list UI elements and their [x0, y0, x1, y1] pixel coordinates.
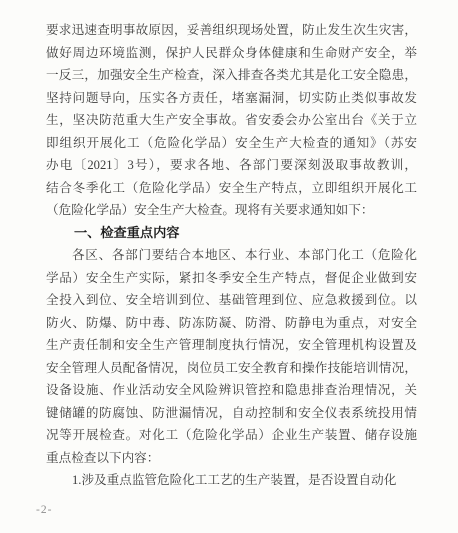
text-line: 全投入到位、安全培训到位、基础管理到位、应急救援到位。以	[46, 289, 417, 312]
text-line: 要求迅速查明事故原因，妥善组织现场处置，防止发生次生灾害，	[46, 19, 417, 42]
text-line: 1.涉及重点监管危险化工工艺的生产装置，是否设置自动化	[46, 469, 417, 492]
text-line: 坚持问题导向，压实各方责任，堵塞漏洞，切实防止类似事故发	[46, 87, 417, 110]
text-line: 设备设施、作业活动安全风险辨识管控和隐患排查治理情况，关	[46, 379, 417, 402]
text-line: 生产责任制和安全生产管理制度执行情况，安全管理机构设置及	[46, 334, 417, 357]
text-line: 学品）安全生产实际，紧扣冬季安全生产特点，督促企业做到安	[46, 267, 417, 290]
text-line: 况等开展检查。对化工（危险化学品）企业生产装置、储存设施	[46, 424, 417, 447]
text-line: 重点检查以下内容：	[46, 447, 417, 470]
text-line: 办电〔2021〕3号），要求各地、各部门要深刻汲取事故教训，	[46, 154, 417, 177]
text-line: 键储罐的防腐蚀、防泄漏情况，自动控制和安全仪表系统投用情	[46, 402, 417, 425]
document-page: 要求迅速查明事故原因，妥善组织现场处置，防止发生次生灾害，做好周边环境监测，保护…	[0, 0, 458, 533]
text-line: 安全管理人员配备情况，岗位员工安全教育和操作技能培训情况，	[46, 357, 417, 380]
page-number: -2-	[36, 502, 52, 518]
document-body: 要求迅速查明事故原因，妥善组织现场处置，防止发生次生灾害，做好周边环境监测，保护…	[46, 19, 417, 492]
text-line: 生，坚决防范重大生产安全事故。省安委会办公室出台《关于立	[46, 109, 417, 132]
text-line: （危险化学品）安全生产大检查。现将有关要求通知如下：	[46, 199, 417, 222]
text-line: 防火、防爆、防中毒、防冻防凝、防滑、防静电为重点，对安全	[46, 312, 417, 335]
section-heading: 一、检查重点内容	[46, 222, 417, 245]
text-line: 即组织开展化工（危险化学品）安全生产大检查的通知》（苏安	[46, 132, 417, 155]
text-line: 结合冬季化工（危险化学品）安全生产特点，立即组织开展化工	[46, 177, 417, 200]
text-line: 各区、各部门要结合本地区、本行业、本部门化工（危险化	[46, 244, 417, 267]
text-line: 一反三，加强安全生产检查，深入排查各类尤其是化工安全隐患，	[46, 64, 417, 87]
text-line: 做好周边环境监测，保护人民群众身体健康和生命财产安全，举	[46, 42, 417, 65]
